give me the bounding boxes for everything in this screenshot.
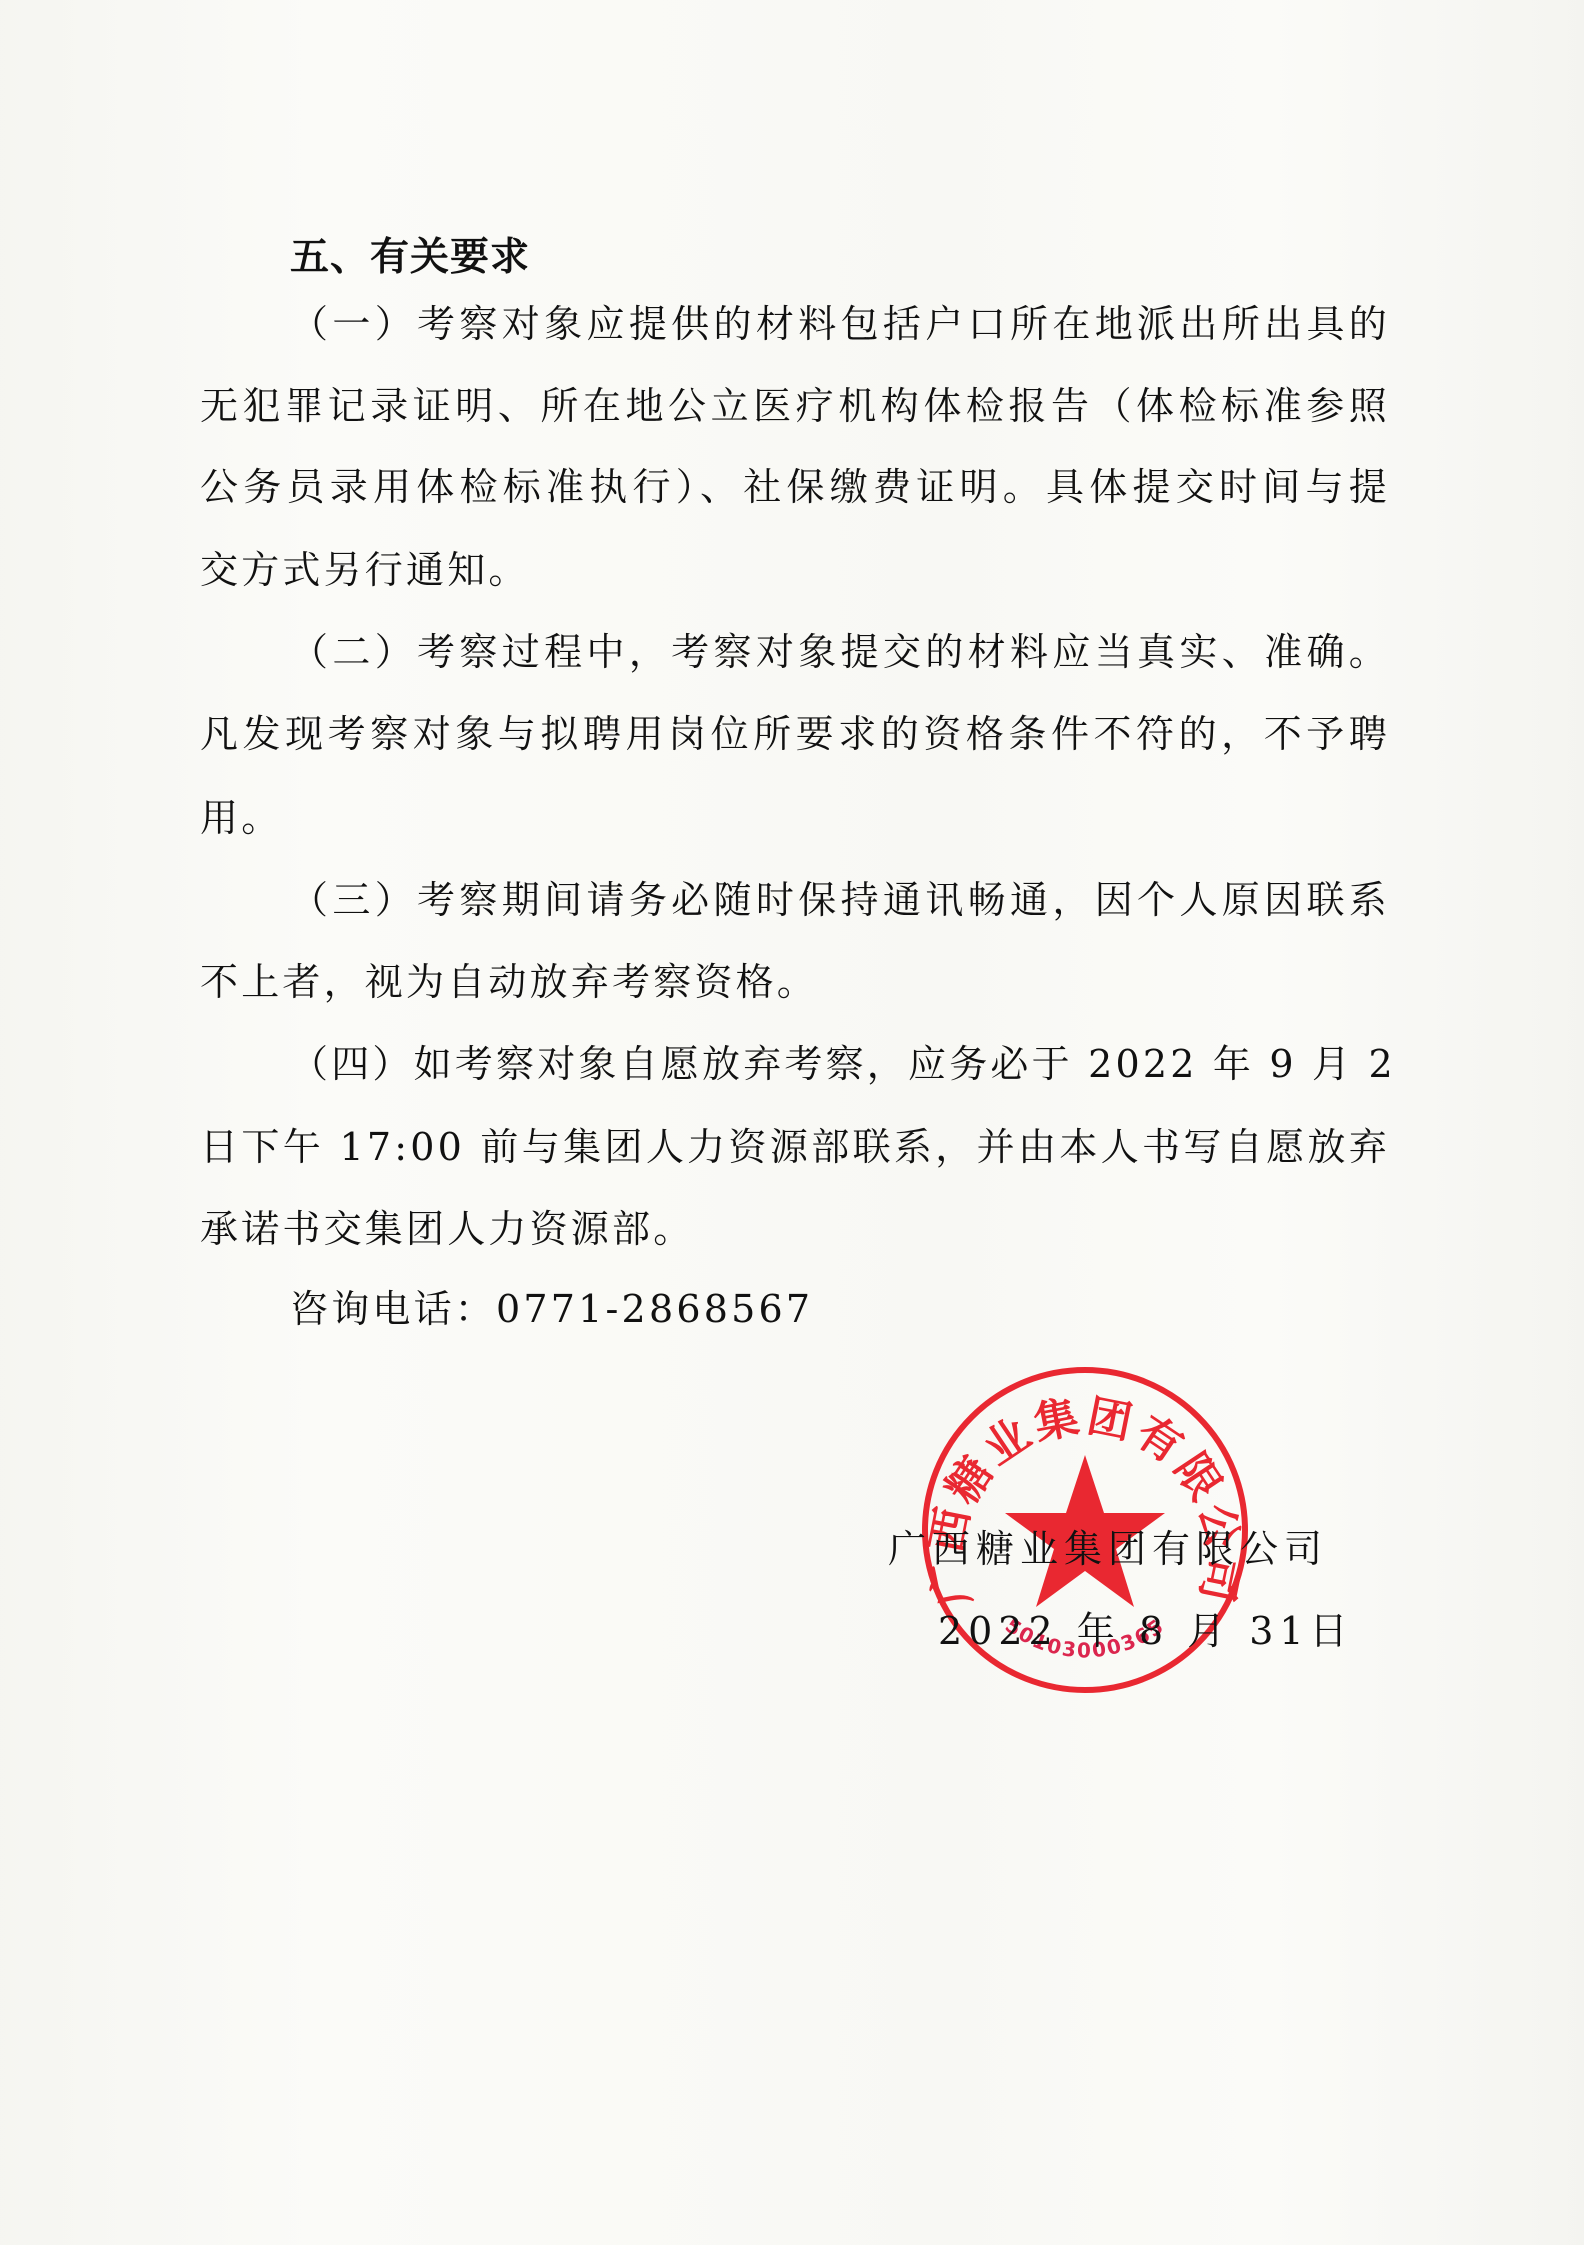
signature-organization: 广西糖业集团有限公司 — [888, 1518, 1328, 1573]
section-heading: 五、有关要求 — [290, 226, 530, 282]
paragraph-4-line-1: （四）如考察对象自愿放弃考察，应务必于 2022 年 9 月 2 — [290, 1040, 1390, 1088]
paragraph-4-line-2: 日下午 17:00 前与集团人力资源部联系，并由本人书写自愿放弃 — [200, 1123, 1390, 1171]
contact-line: 咨询电话：0771-2868567 — [290, 1285, 1390, 1333]
paragraph-2-line-1: （二）考察过程中，考察对象提交的材料应当真实、准确。 — [290, 628, 1390, 676]
paragraph-3-line-2: 不上者，视为自动放弃考察资格。 — [200, 958, 1390, 1006]
paragraph-2-line-3: 用。 — [200, 794, 1390, 842]
document-page: 五、有关要求 （一）考察对象应提供的材料包括户口所在地派出所出具的 无犯罪记录证… — [0, 0, 1584, 2245]
contact-phone: 0771-2868567 — [496, 1287, 813, 1331]
paragraph-1-line-2: 无犯罪记录证明、所在地公立医疗机构体检报告（体检标准参照 — [200, 382, 1390, 430]
signature-date: 2022 年 8 月 31日 — [938, 1600, 1354, 1655]
paragraph-1-line-4: 交方式另行通知。 — [200, 546, 1390, 594]
paragraph-1-line-1: （一）考察对象应提供的材料包括户口所在地派出所出具的 — [290, 300, 1390, 348]
paragraph-4-line-3: 承诺书交集团人力资源部。 — [200, 1205, 1390, 1253]
paragraph-2-line-2: 凡发现考察对象与拟聘用岗位所要求的资格条件不符的，不予聘 — [200, 710, 1390, 758]
contact-label: 咨询电话： — [290, 1287, 496, 1331]
paragraph-3-line-1: （三）考察期间请务必随时保持通讯畅通，因个人原因联系 — [290, 876, 1390, 924]
paragraph-1-line-3: 公务员录用体检标准执行）、社保缴费证明。具体提交时间与提 — [200, 463, 1390, 511]
